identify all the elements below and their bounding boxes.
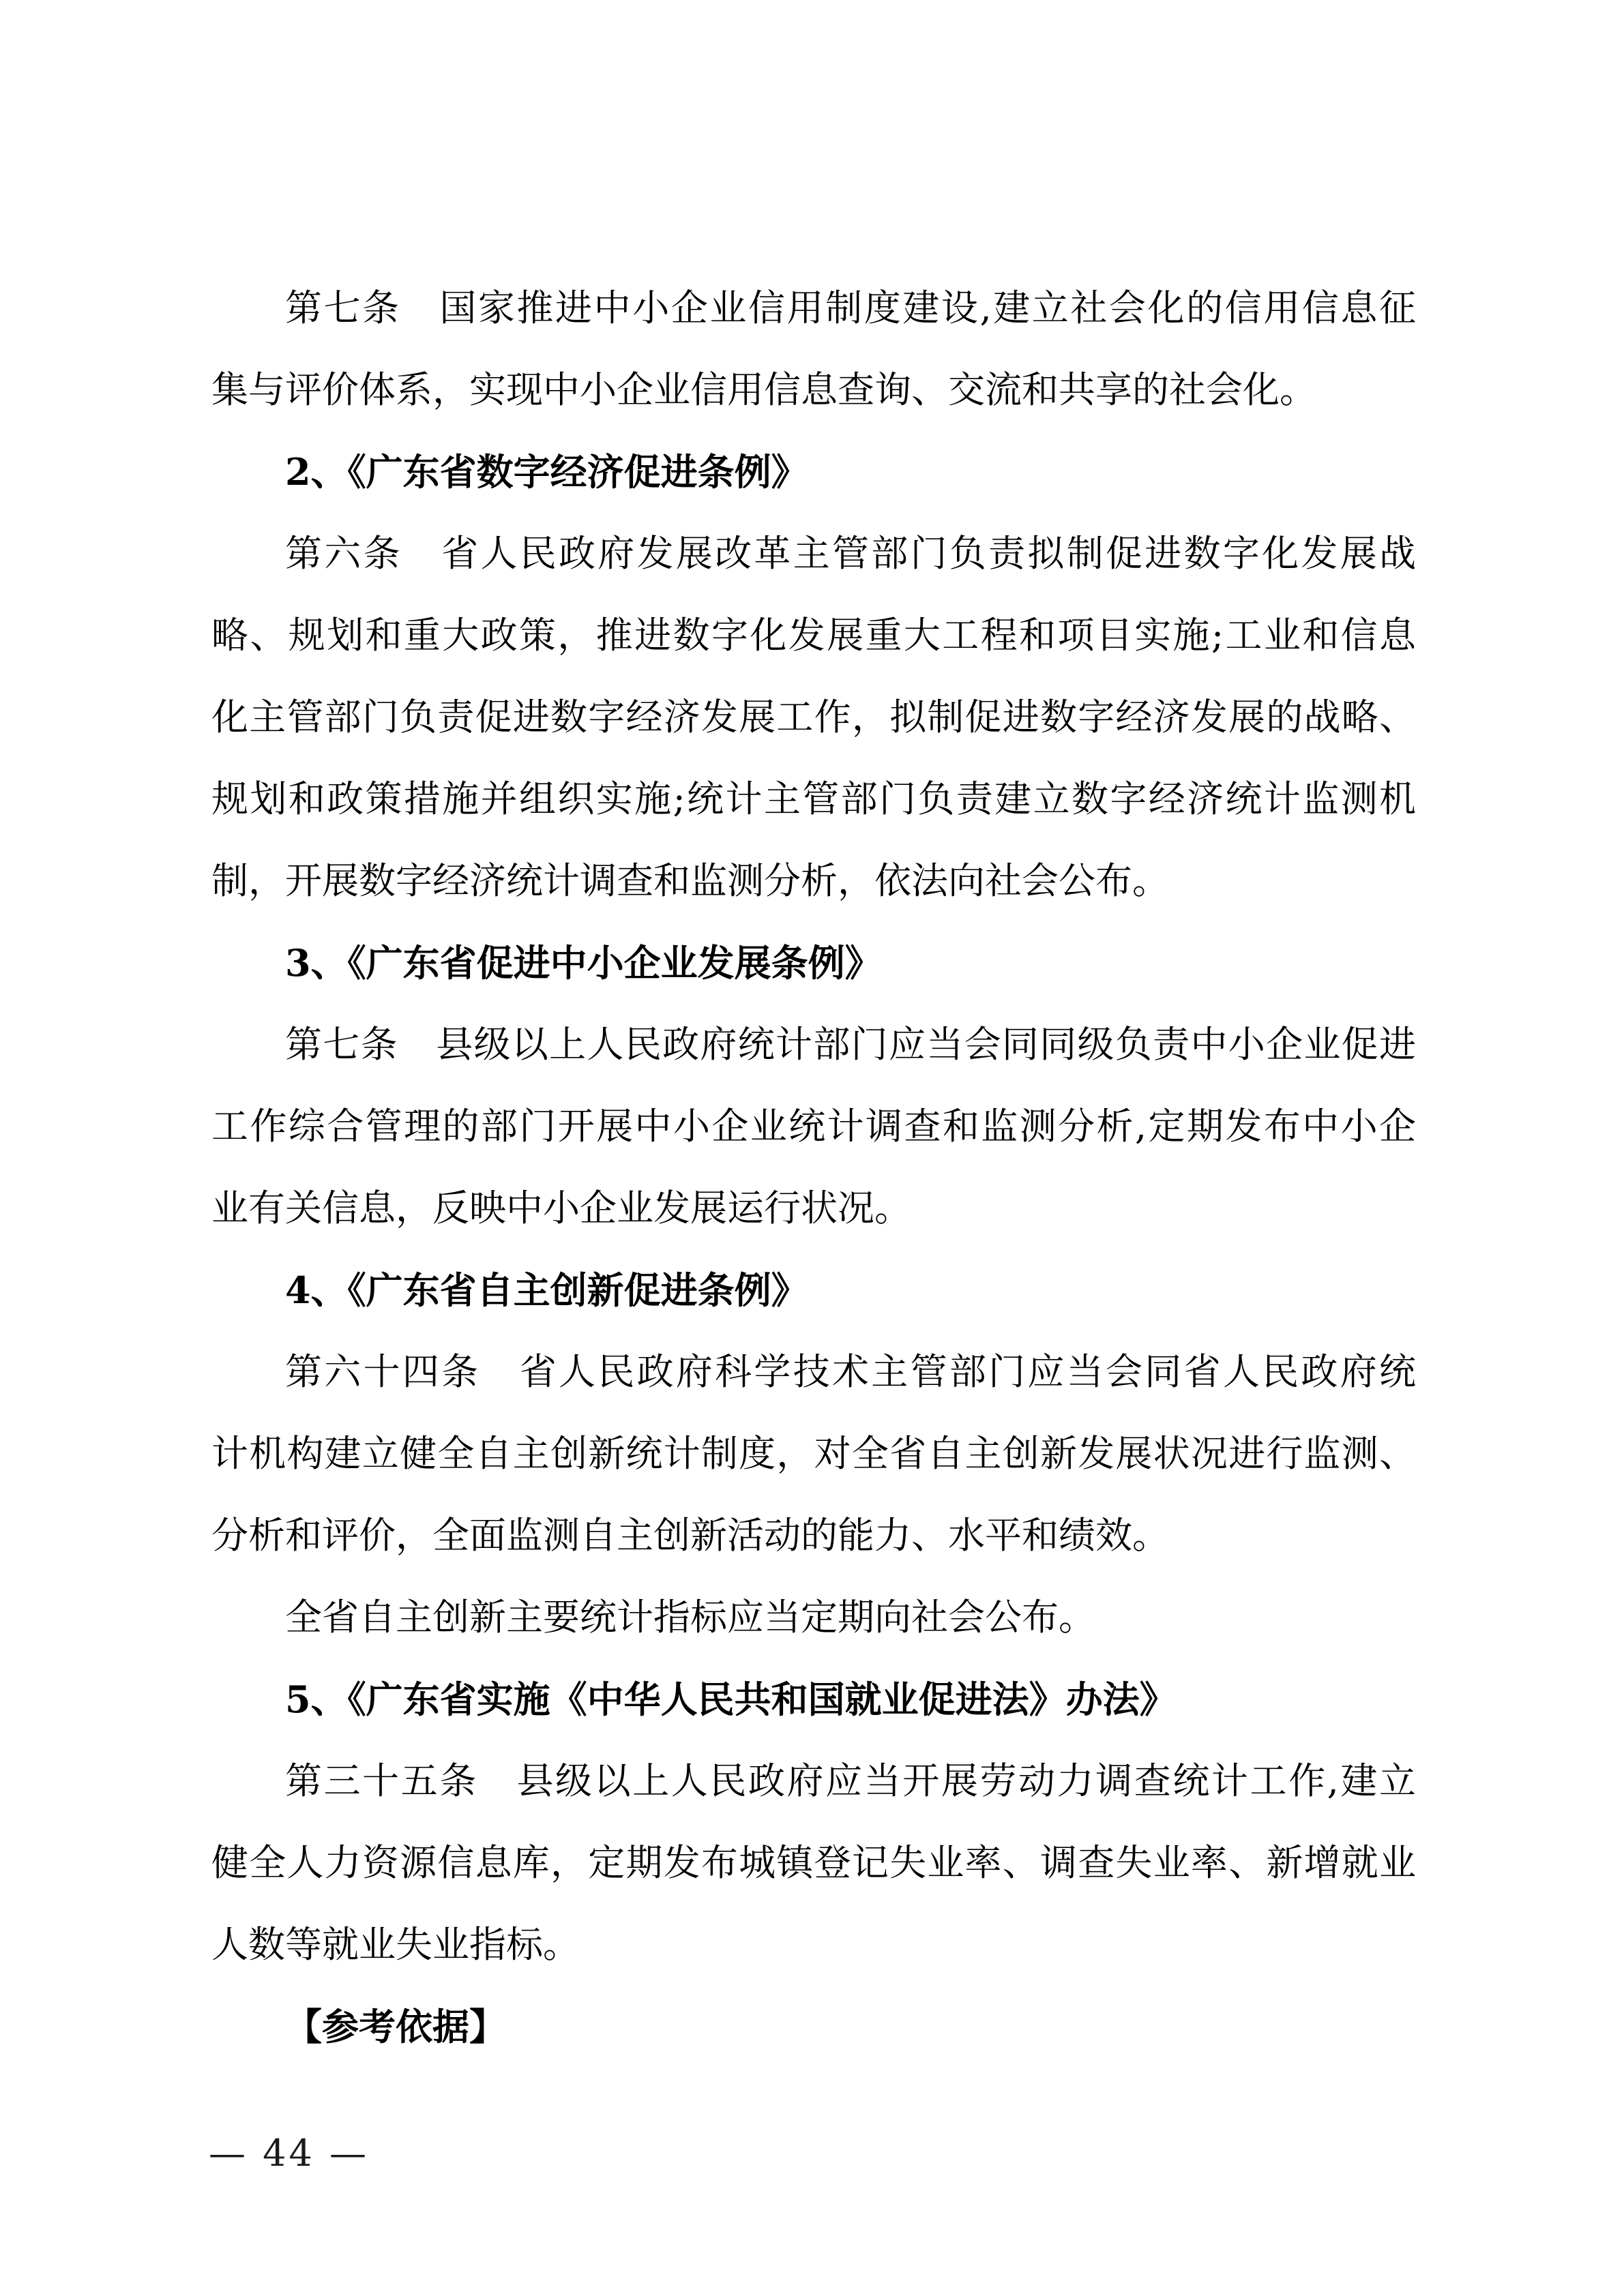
document-body: 第七条 国家推进中小企业信用制度建设,建立社会化的信用信息征集与评价体系，实现中… bbox=[211, 267, 1416, 2068]
text-line: 分析和评价，全面监测自主创新活动的能力、水平和绩效。 bbox=[211, 1495, 1416, 1577]
heading-paragraph: 【参考依据】 bbox=[211, 1986, 1416, 2068]
text-line: 【参考依据】 bbox=[211, 1986, 1416, 2068]
text-line: 健全人力资源信息库，定期发布城镇登记失业率、调查失业率、新增就业 bbox=[211, 1822, 1416, 1904]
heading-paragraph: 4、《广东省自主创新促进条例》 bbox=[211, 1249, 1416, 1331]
heading-paragraph: 3、《广东省促进中小企业发展条例》 bbox=[211, 922, 1416, 1004]
text-line: 集与评价体系，实现中小企业信用信息查询、交流和共享的社会化。 bbox=[211, 349, 1416, 431]
text-line: 第六十四条 省人民政府科学技术主管部门应当会同省人民政府统 bbox=[211, 1331, 1416, 1413]
text-line: 3、《广东省促进中小企业发展条例》 bbox=[211, 922, 1416, 1004]
body-paragraph: 第七条 县级以上人民政府统计部门应当会同同级负责中小企业促进工作综合管理的部门开… bbox=[211, 1004, 1416, 1249]
body-paragraph: 全省自主创新主要统计指标应当定期向社会公布。 bbox=[211, 1577, 1416, 1658]
text-line: 业有关信息，反映中小企业发展运行状况。 bbox=[211, 1167, 1416, 1249]
text-line: 规划和政策措施并组织实施;统计主管部门负责建立数字经济统计监测机 bbox=[211, 758, 1416, 840]
text-line: 略、规划和重大政策，推进数字化发展重大工程和项目实施;工业和信息 bbox=[211, 595, 1416, 676]
text-line: 全省自主创新主要统计指标应当定期向社会公布。 bbox=[211, 1577, 1416, 1658]
heading-paragraph: 5、《广东省实施《中华人民共和国就业促进法》办法》 bbox=[211, 1658, 1416, 1740]
text-line: 5、《广东省实施《中华人民共和国就业促进法》办法》 bbox=[211, 1658, 1416, 1740]
body-paragraph: 第六条 省人民政府发展改革主管部门负责拟制促进数字化发展战略、规划和重大政策，推… bbox=[211, 513, 1416, 922]
text-line: 工作综合管理的部门开展中小企业统计调查和监测分析,定期发布中小企 bbox=[211, 1086, 1416, 1167]
text-line: 第七条 国家推进中小企业信用制度建设,建立社会化的信用信息征 bbox=[211, 267, 1416, 349]
body-paragraph: 第七条 国家推进中小企业信用制度建设,建立社会化的信用信息征集与评价体系，实现中… bbox=[211, 267, 1416, 431]
text-line: 第六条 省人民政府发展改革主管部门负责拟制促进数字化发展战 bbox=[211, 513, 1416, 595]
document-page: 第七条 国家推进中小企业信用制度建设,建立社会化的信用信息征集与评价体系，实现中… bbox=[0, 0, 1624, 2296]
text-line: 制，开展数字经济统计调查和监测分析，依法向社会公布。 bbox=[211, 840, 1416, 922]
text-line: 2、《广东省数字经济促进条例》 bbox=[211, 431, 1416, 513]
page-number: — 44 — bbox=[209, 2131, 369, 2176]
text-line: 人数等就业失业指标。 bbox=[211, 1904, 1416, 1986]
text-line: 第七条 县级以上人民政府统计部门应当会同同级负责中小企业促进 bbox=[211, 1004, 1416, 1086]
heading-paragraph: 2、《广东省数字经济促进条例》 bbox=[211, 431, 1416, 513]
body-paragraph: 第六十四条 省人民政府科学技术主管部门应当会同省人民政府统计机构建立健全自主创新… bbox=[211, 1331, 1416, 1577]
body-paragraph: 第三十五条 县级以上人民政府应当开展劳动力调查统计工作,建立健全人力资源信息库，… bbox=[211, 1740, 1416, 1986]
text-line: 4、《广东省自主创新促进条例》 bbox=[211, 1249, 1416, 1331]
text-line: 计机构建立健全自主创新统计制度，对全省自主创新发展状况进行监测、 bbox=[211, 1413, 1416, 1495]
text-line: 化主管部门负责促进数字经济发展工作，拟制促进数字经济发展的战略、 bbox=[211, 676, 1416, 758]
text-line: 第三十五条 县级以上人民政府应当开展劳动力调查统计工作,建立 bbox=[211, 1740, 1416, 1822]
